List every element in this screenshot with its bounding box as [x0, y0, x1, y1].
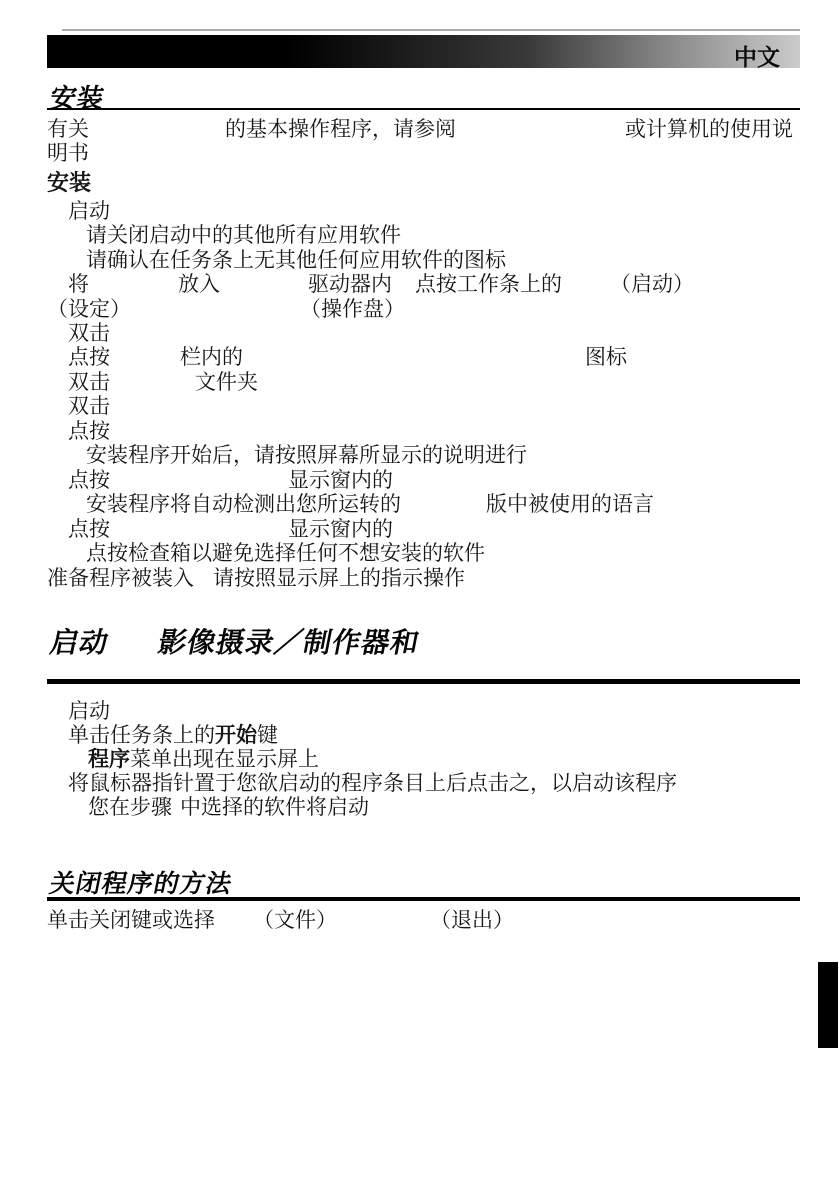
text-part: 安装程序开始后，请按照屏幕所显示的说明进行: [86, 443, 527, 467]
text-chunk: 双击: [68, 321, 110, 346]
text-line: 点按: [0, 419, 839, 445]
text-chunk: 安装程序将自动检测出您所运转的: [86, 492, 401, 517]
text-chunk: 启动: [68, 699, 110, 724]
text-part: 驱动器内: [308, 272, 392, 296]
text-chunk: 启动: [68, 199, 110, 224]
heading-rule: [47, 108, 800, 110]
text-chunk: 或计算机的使用说: [625, 117, 793, 142]
text-chunk: 放入: [178, 272, 220, 297]
text-part: 单击任务条上的: [68, 723, 215, 747]
text-part: 点按: [68, 419, 110, 443]
text-part: （文件）: [253, 908, 337, 932]
text-chunk: 中选择的软件将启动: [180, 795, 369, 820]
text-chunk: （启动）: [610, 272, 694, 297]
text-line: 安装: [0, 170, 839, 196]
text-part: 双击: [68, 370, 110, 394]
text-part: 显示窗内的: [288, 468, 393, 492]
text-line: 启动: [0, 699, 839, 725]
text-line: 点按栏内的图标: [0, 345, 839, 371]
section-start-software: 启动影像摄录／制作器和启动单击任务条上的开始键程序菜单出现在显示屏上将鼠标器指针…: [0, 0, 839, 1191]
text-chunk: 图标: [585, 345, 627, 370]
text-line: 启动: [0, 199, 839, 225]
text-chunk: 双击: [68, 394, 110, 419]
heading-rule: [47, 897, 800, 901]
text-line: 程序菜单出现在显示屏上: [0, 747, 839, 773]
text-chunk: 准备程序被装入: [47, 566, 194, 591]
text-part: 显示窗内的: [288, 517, 393, 541]
text-part: 或计算机的使用说: [625, 117, 793, 141]
text-line: 您在步骤中选择的软件将启动: [0, 795, 839, 821]
text-part: 双击: [68, 394, 110, 418]
text-part: 启动: [68, 199, 110, 223]
text-chunk: （设定）: [47, 297, 131, 322]
text-part: 图标: [585, 345, 627, 369]
text-line: 有关的基本操作程序，请参阅或计算机的使用说: [0, 117, 839, 143]
text-part: 键: [257, 723, 278, 747]
text-part: 双击: [68, 321, 110, 345]
text-part: 将: [68, 272, 89, 296]
text-line: 双击文件夹: [0, 370, 839, 396]
text-chunk: 安装程序开始后，请按照屏幕所显示的说明进行: [86, 443, 527, 468]
side-tab-marker: [818, 962, 838, 1048]
text-part: 启动: [68, 699, 110, 723]
text-part: 有关: [47, 117, 89, 141]
text-part: 单击关闭键或选择: [47, 908, 215, 932]
text-chunk: 将鼠标器指针置于您欲启动的程序条目上后点击之，以启动该程序: [68, 771, 677, 796]
text-line: 点按检查箱以避免选择任何不想安装的软件: [0, 541, 839, 567]
text-part: 的基本操作程序，请参阅: [225, 117, 456, 141]
text-part: （启动）: [610, 272, 694, 296]
text-line: 双击: [0, 394, 839, 420]
header-gradient-bar: [47, 35, 800, 68]
text-part: 栏内的: [180, 345, 243, 369]
text-chunk: 点按: [68, 345, 110, 370]
text-chunk: 安装: [47, 170, 91, 196]
section-install: 安装有关的基本操作程序，请参阅或计算机的使用说明书安装启动请关闭启动中的其他所有…: [0, 0, 839, 1191]
text-part: 文件夹: [195, 370, 258, 394]
text-line: 单击任务条上的开始键: [0, 723, 839, 749]
text-part: 安装: [47, 170, 91, 195]
text-chunk: 请按照显示屏上的指示操作: [213, 566, 465, 591]
text-chunk: 请确认在任务条上无其他任何应用软件的图标: [86, 248, 506, 273]
text-chunk: 显示窗内的: [288, 517, 393, 542]
text-line: 请确认在任务条上无其他任何应用软件的图标: [0, 248, 839, 274]
text-chunk: 将: [68, 272, 89, 297]
text-part: 请按照显示屏上的指示操作: [213, 566, 465, 590]
text-part: 点按: [68, 517, 110, 541]
text-part: （设定）: [47, 297, 131, 321]
text-part: （操作盘）: [300, 297, 405, 321]
text-chunk: 版中被使用的语言: [486, 492, 654, 517]
text-part: 开始: [215, 724, 257, 747]
text-line: 将放入驱动器内点按工作条上的（启动）: [0, 272, 839, 298]
text-chunk: 双击: [68, 370, 110, 395]
text-part: 安装程序将自动检测出您所运转的: [86, 492, 401, 516]
text-chunk: 文件夹: [195, 370, 258, 395]
text-chunk: 单击任务条上的开始键: [68, 723, 278, 748]
text-part: 版中被使用的语言: [486, 492, 654, 516]
heading-text: 启动: [47, 621, 113, 661]
text-part: 点按工作条上的: [415, 272, 562, 296]
text-chunk: 点按工作条上的: [415, 272, 562, 297]
text-line: 准备程序被装入请按照显示屏上的指示操作: [0, 566, 839, 592]
heading-rule: [47, 679, 800, 684]
text-chunk: 显示窗内的: [288, 468, 393, 493]
text-chunk: 驱动器内: [308, 272, 392, 297]
text-part: 菜单出现在显示屏上: [130, 747, 319, 771]
text-chunk: 的基本操作程序，请参阅: [225, 117, 456, 142]
text-part: 放入: [178, 272, 220, 296]
text-chunk: 点按: [68, 419, 110, 444]
text-line: 单击关闭键或选择（文件）（退出）: [0, 908, 839, 934]
section-heading: 启动影像摄录／制作器和: [0, 621, 839, 655]
text-chunk: 明书: [47, 141, 89, 166]
heading-text: 关闭程序的方法: [47, 864, 236, 900]
text-line: 将鼠标器指针置于您欲启动的程序条目上后点击之，以启动该程序: [0, 771, 839, 797]
text-line: 明书: [0, 141, 839, 167]
text-part: 请关闭启动中的其他所有应用软件: [86, 223, 401, 247]
text-chunk: 程序菜单出现在显示屏上: [88, 747, 319, 772]
text-chunk: 点按: [68, 517, 110, 542]
language-label: 中文: [734, 46, 780, 69]
text-chunk: 您在步骤: [88, 795, 172, 820]
text-part: 明书: [47, 141, 89, 165]
text-line: 请关闭启动中的其他所有应用软件: [0, 223, 839, 249]
text-part: 请确认在任务条上无其他任何应用软件的图标: [86, 248, 506, 272]
heading-text: 安装: [47, 78, 108, 115]
text-chunk: 栏内的: [180, 345, 243, 370]
text-part: 点按: [68, 468, 110, 492]
top-edge-line: [62, 29, 800, 31]
text-part: 程序: [88, 748, 130, 771]
text-chunk: 单击关闭键或选择: [47, 908, 215, 933]
text-chunk: 请关闭启动中的其他所有应用软件: [86, 223, 401, 248]
text-chunk: 有关: [47, 117, 89, 142]
text-line: 安装程序开始后，请按照屏幕所显示的说明进行: [0, 443, 839, 469]
text-chunk: （退出）: [430, 908, 514, 933]
text-line: 安装程序将自动检测出您所运转的版中被使用的语言: [0, 492, 839, 518]
text-chunk: 点按检查箱以避免选择任何不想安装的软件: [86, 541, 485, 566]
section-heading: 安装: [0, 78, 839, 110]
heading-text: 影像摄录／制作器和: [155, 621, 424, 661]
text-part: 您在步骤: [88, 795, 172, 819]
text-part: 准备程序被装入: [47, 566, 194, 590]
text-line: 点按显示窗内的: [0, 517, 839, 543]
page-root: 中文 安装有关的基本操作程序，请参阅或计算机的使用说明书安装启动请关闭启动中的其…: [0, 0, 839, 1191]
text-chunk: （文件）: [253, 908, 337, 933]
section-close-program: 关闭程序的方法单击关闭键或选择（文件）（退出）: [0, 0, 839, 1191]
text-line: （设定）（操作盘）: [0, 297, 839, 323]
text-line: 点按显示窗内的: [0, 468, 839, 494]
section-heading: 关闭程序的方法: [0, 864, 839, 895]
text-part: （退出）: [430, 908, 514, 932]
text-part: 点按检查箱以避免选择任何不想安装的软件: [86, 541, 485, 565]
text-part: 点按: [68, 345, 110, 369]
text-line: 双击: [0, 321, 839, 347]
text-part: 将鼠标器指针置于您欲启动的程序条目上后点击之，以启动该程序: [68, 771, 677, 795]
text-chunk: 点按: [68, 468, 110, 493]
text-part: 中选择的软件将启动: [180, 795, 369, 819]
text-chunk: （操作盘）: [300, 297, 405, 322]
